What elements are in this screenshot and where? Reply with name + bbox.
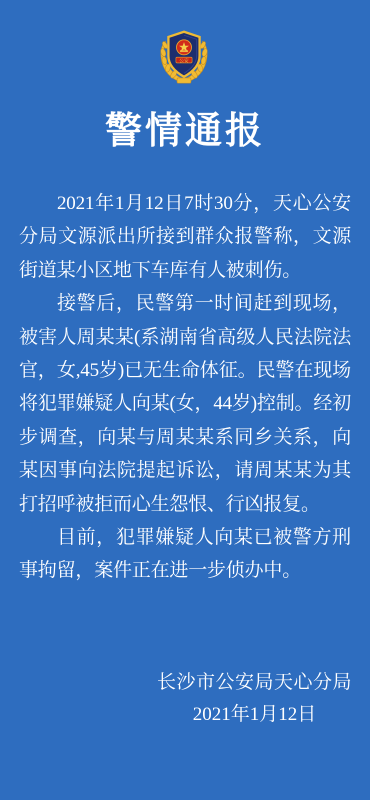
notice-paragraph-1: 2021年1月12日7时30分，天心公安分局文源派出所接到群众报警称，文源街道某…: [19, 187, 351, 287]
badge-shield-text: 公安: [179, 57, 189, 64]
issuer-name: 长沙市公安局天心分局: [157, 670, 352, 696]
notice-footer: 长沙市公安局天心分局 2021年1月12日: [157, 670, 352, 728]
notice-title: 警情通报: [0, 108, 370, 154]
police-badge-icon: 公安: [155, 26, 213, 86]
issue-date: 2021年1月12日: [157, 702, 352, 728]
notice-page: 公安 警情通报 2021年1月12日7时30分，天心公安分局文源派出所接到群众报…: [0, 0, 370, 800]
notice-paragraph-2: 接警后，民警第一时间赶到现场，被害人周某某(系湖南省高级人民法院法官，女,45岁…: [19, 287, 351, 521]
notice-paragraph-3: 目前，犯罪嫌疑人向某已被警方刑事拘留，案件正在进一步侦办中。: [19, 521, 351, 588]
notice-body: 2021年1月12日7时30分，天心公安分局文源派出所接到群众报警称，文源街道某…: [0, 187, 370, 588]
